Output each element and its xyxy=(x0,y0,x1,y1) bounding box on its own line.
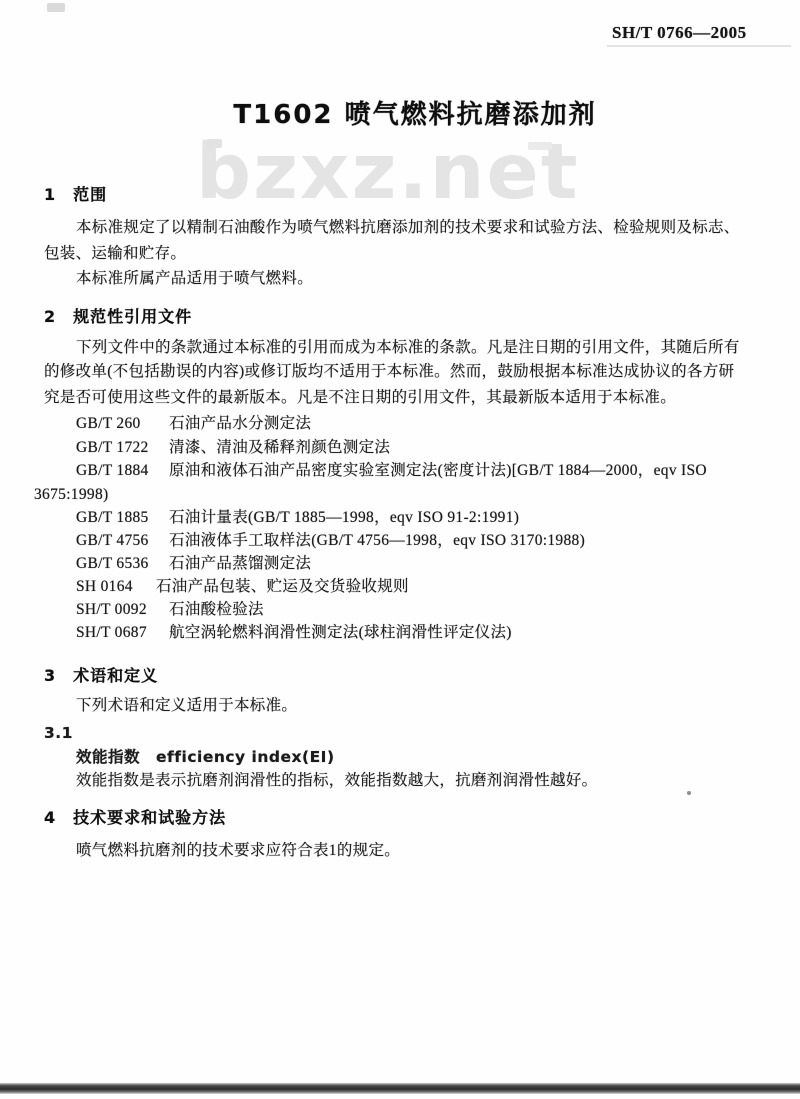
references-intro-line: 的修改单(不包括勘误的内容)或修订版均不适用于本标准。然而，鼓励根据本标准达成协… xyxy=(44,362,734,382)
references-intro-line: 究是否可使用这些文件的最新版本。凡是不注日期的引用文件，其最新版本适用于本标准。 xyxy=(44,388,676,408)
scan-artifact xyxy=(207,139,222,148)
reference-item: SH 0164石油产品包装、贮运及交货验收规则 xyxy=(76,577,409,597)
reference-code: GB/T 260 xyxy=(76,414,169,434)
header-rule xyxy=(607,45,791,47)
reference-title: 石油产品水分测定法 xyxy=(169,415,311,432)
scope-paragraph-line: 包装、运输和贮存。 xyxy=(44,244,186,264)
scan-artifact xyxy=(47,3,65,12)
reference-item: GB/T 6536石油产品蒸馏测定法 xyxy=(76,554,311,574)
reference-code: SH/T 0092 xyxy=(76,600,169,620)
reference-item: SH/T 0687航空涡轮燃料润滑性测定法(球柱润滑性评定仪法) xyxy=(76,623,512,643)
reference-item-wrap: 3675:1998) xyxy=(34,485,108,505)
reference-title: 石油产品包装、贮运及交货验收规则 xyxy=(156,578,409,595)
section-2-heading: 2 规范性引用文件 xyxy=(44,304,192,327)
reference-item: SH/T 0092石油酸检验法 xyxy=(76,600,264,620)
reference-title: 石油酸检验法 xyxy=(169,601,264,618)
term-entry: 效能指数 efficiency index(EI) xyxy=(76,747,335,767)
scanned-document-page: SH/T 0766—2005 T1602 喷气燃料抗磨添加剂 bzxz.net … xyxy=(0,0,800,1099)
scan-artifact xyxy=(528,142,552,150)
clause-number: 3.1 xyxy=(44,723,73,743)
page-bottom-scan-edge xyxy=(0,1083,800,1094)
reference-code: GB/T 1884 xyxy=(76,461,169,481)
reference-code: SH 0164 xyxy=(76,577,156,597)
reference-item: GB/T 1884原油和液体石油产品密度实验室测定法(密度计法)[GB/T 18… xyxy=(76,461,707,481)
reference-code: GB/T 4756 xyxy=(76,531,169,551)
reference-code: GB/T 6536 xyxy=(76,554,169,574)
reference-code: GB/T 1885 xyxy=(76,508,169,528)
reference-code: GB/T 1722 xyxy=(76,438,169,458)
reference-item: GB/T 1722清漆、清油及稀释剂颜色测定法 xyxy=(76,438,390,458)
reference-title: 石油产品蒸馏测定法 xyxy=(169,555,311,572)
reference-item: GB/T 260石油产品水分测定法 xyxy=(76,414,311,434)
section-4-heading: 4 技术要求和试验方法 xyxy=(44,805,226,828)
scope-paragraph-line: 本标准所属产品适用于喷气燃料。 xyxy=(76,269,313,289)
reference-title: 石油液体手工取样法(GB/T 4756—1998，eqv ISO 3170:19… xyxy=(169,532,585,549)
scan-artifact xyxy=(687,791,691,795)
reference-item: GB/T 4756石油液体手工取样法(GB/T 4756—1998，eqv IS… xyxy=(76,531,585,551)
document-title: T1602 喷气燃料抗磨添加剂 xyxy=(0,94,800,131)
reference-item: GB/T 1885石油计量表(GB/T 1885—1998，eqv ISO 91… xyxy=(76,508,519,528)
references-intro-line: 下列文件中的条款通过本标准的引用而成为本标准的条款。凡是注日期的引用文件，其随后… xyxy=(76,338,740,358)
requirements-paragraph: 喷气燃料抗磨剂的技术要求应符合表1的规定。 xyxy=(76,841,400,861)
term-definition: 效能指数是表示抗磨剂润滑性的指标，效能指数越大，抗磨剂润滑性越好。 xyxy=(76,771,597,791)
watermark-text: bzxz.net xyxy=(196,134,580,211)
reference-title: 石油计量表(GB/T 1885—1998，eqv ISO 91-2:1991) xyxy=(169,509,519,526)
section-1-heading: 1 范围 xyxy=(44,182,107,205)
section-3-heading: 3 术语和定义 xyxy=(44,663,158,686)
terms-intro: 下列术语和定义适用于本标准。 xyxy=(76,696,297,716)
standard-number: SH/T 0766—2005 xyxy=(612,23,747,43)
scope-paragraph-line: 本标准规定了以精制石油酸作为喷气燃料抗磨添加剂的技术要求和试验方法、检验规则及标… xyxy=(76,218,740,238)
reference-title: 航空涡轮燃料润滑性测定法(球柱润滑性评定仪法) xyxy=(169,624,512,641)
reference-title: 原油和液体石油产品密度实验室测定法(密度计法)[GB/T 1884—2000，e… xyxy=(169,462,707,479)
reference-code: SH/T 0687 xyxy=(76,623,169,643)
reference-title: 清漆、清油及稀释剂颜色测定法 xyxy=(169,439,390,456)
